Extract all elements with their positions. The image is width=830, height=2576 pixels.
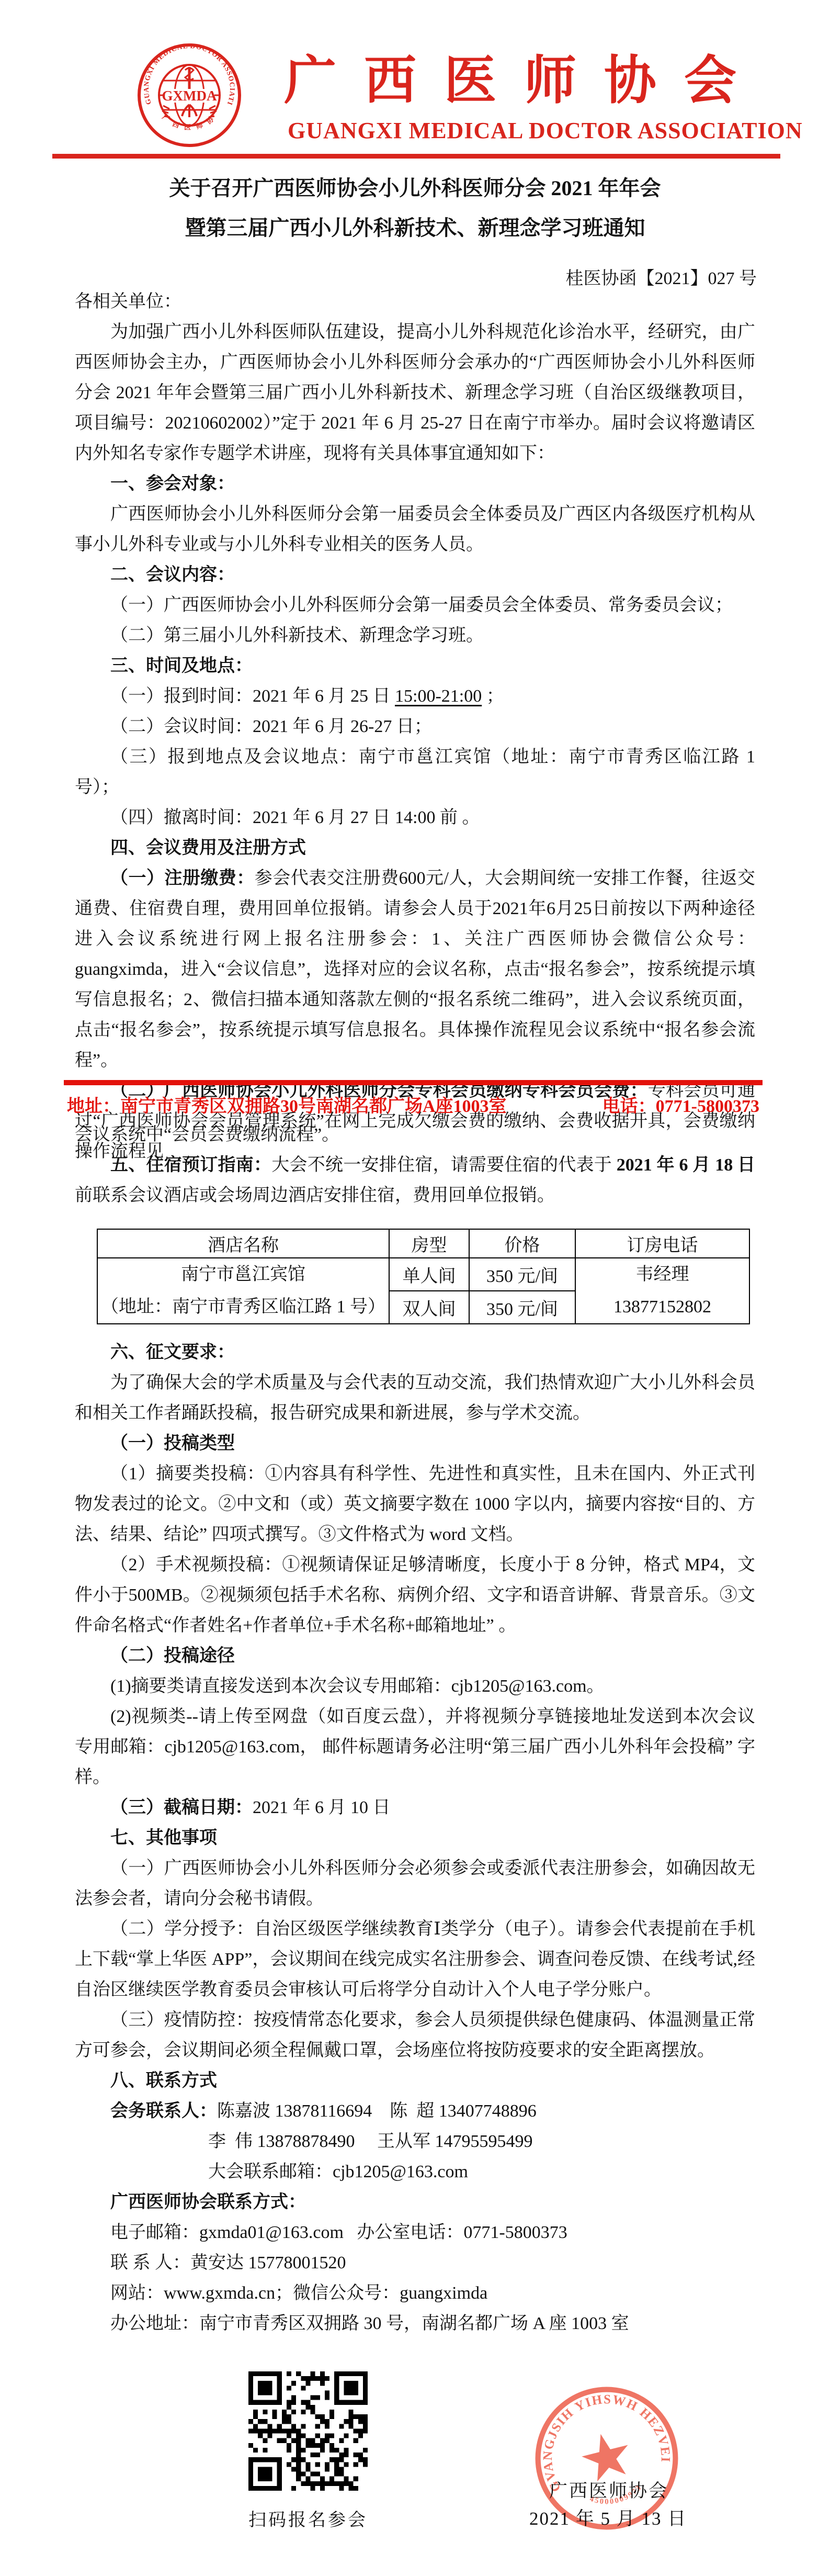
qr-code-svg bbox=[248, 2370, 368, 2492]
lodging-text-tail: 前联系会议酒店或会场周边酒店安排住宿，费用回单位报销。 bbox=[75, 1186, 555, 1205]
abstract-submission-item: （1）摘要类投稿：①内容具有科学性、先进性和真实性，且未在国内、外正式刊物发表过… bbox=[75, 1459, 755, 1550]
submission-channel-heading: （二）投稿途径 bbox=[75, 1641, 755, 1671]
hotel-table: 酒店名称 房型 价格 订房电话 南宁市邕江宾馆 （地址：南宁市青秀区临江路 1 … bbox=[97, 1229, 750, 1324]
section4-item1: （一）注册缴费：参会代表交注册费600元/人，大会期间统一安排工作餐，往返交通费… bbox=[75, 863, 755, 1076]
salutation: 各相关单位： bbox=[75, 287, 755, 317]
price-single: 350 元/间 bbox=[469, 1258, 575, 1291]
deadline-line: （三）截稿日期：2021 年 6 月 10 日 bbox=[75, 1793, 755, 1823]
org-name-chinese: 广西医师协会 bbox=[284, 52, 764, 110]
price-double: 350 元/间 bbox=[469, 1291, 575, 1324]
association-contact-heading: 广西医师协会联系方式： bbox=[75, 2187, 755, 2218]
section3-item4: （四）撤离时间：2021 年 6 月 27 日 14:00 前 。 bbox=[75, 803, 755, 833]
body-segment-3: 六、征文要求： 为了确保大会的学术质量及与会代表的互动交流，我们热情欢迎广大小儿… bbox=[75, 1337, 755, 2339]
section3-heading: 三、时间及地点： bbox=[75, 651, 755, 681]
page-footer-divider bbox=[64, 1080, 763, 1085]
association-website-line: 网站：www.gxmda.cn；微信公众号：guangximda bbox=[75, 2278, 755, 2309]
col-header-hotel-name: 酒店名称 bbox=[97, 1229, 389, 1258]
section2-item2: （二）第三届小儿外科新技术、新理念学习班。 bbox=[75, 621, 755, 651]
qr-caption: 扫码报名参会 bbox=[238, 2505, 378, 2531]
stamp-svg: GVANGJSIH YIHSWH HEZVEI 广西医师协会 450000099… bbox=[530, 2381, 684, 2535]
association-phone: 电话：0771-5800373 bbox=[602, 1092, 759, 1117]
booking-contact-name: 韦经理 bbox=[576, 1258, 749, 1291]
org-name-english: GUANGXI MEDICAL DOCTOR ASSOCIATION bbox=[288, 117, 803, 144]
hotel-name: 南宁市邕江宾馆 bbox=[98, 1258, 389, 1291]
association-logo: GUANGXI MEDICAL DOCTOR ASSOCIATION 广 西 医… bbox=[137, 43, 242, 148]
section3-item1: （一）报到时间：2021 年 6 月 25 日 15:00-21:00 ； bbox=[75, 681, 755, 712]
contact-label: 会务联系人： bbox=[110, 2101, 217, 2121]
body-segment-2: 会议系统中“会员会费缴纳流程”。 五、住宿预订指南：大会不统一安排住宿，请需要住… bbox=[75, 1120, 755, 1211]
logo-acronym: GXMDA bbox=[162, 88, 217, 104]
section4-heading: 四、会议费用及注册方式 bbox=[75, 833, 755, 863]
deadline-label: （三）截稿日期： bbox=[110, 1798, 253, 1817]
video-submission-item: （2）手术视频投稿：①视频请保证足够清晰度，长度小于 8 分钟，格式 MP4，文… bbox=[75, 1550, 755, 1641]
section1-heading: 一、参会对象： bbox=[75, 469, 755, 499]
video-channel-item: (2)视频类--请上传至网盘（如百度云盘），并将视频分享链接地址发送到本次会议专… bbox=[75, 1702, 755, 1793]
section7-item3: （三）疫情防控：按疫情常态化要求，参会人员须提供绿色健康码、体温测量正常方可参会… bbox=[75, 2005, 755, 2066]
lodging-guide-label: 五、住宿预订指南： bbox=[110, 1155, 271, 1175]
section5-paragraph: 五、住宿预订指南：大会不统一安排住宿，请需要住宿的代表于 2021 年 6 月 … bbox=[75, 1150, 755, 1211]
section7-item2: （二）学分授予：自治区级医学继续教育Ⅰ类学分（电子）。请参会代表提前在手机上下载… bbox=[75, 1914, 755, 2005]
section3-item3: （三）报到地点及会议地点：南宁市邕江宾馆（地址：南宁市青秀区临江路 1 号）； bbox=[75, 742, 755, 803]
contact-line-1: 会务联系人：陈嘉波 13878116694 陈 超 13407748896 bbox=[75, 2096, 755, 2127]
checkin-time-text: （一）报到时间：2021 年 6 月 25 日 bbox=[110, 687, 395, 706]
section2-item1: （一）广西医师协会小儿外科医师分会第一届委员会全体委员、常务委员会议； bbox=[75, 590, 755, 621]
section6-heading: 六、征文要求： bbox=[75, 1337, 755, 1368]
header-divider bbox=[52, 154, 780, 159]
deadline-date: 2021 年 6 月 10 日 bbox=[253, 1798, 391, 1817]
member-fee-continuation: 会议系统中“会员会费缴纳流程”。 bbox=[75, 1120, 755, 1150]
association-stamp-icon: GVANGJSIH YIHSWH HEZVEI 广西医师协会 450000099… bbox=[530, 2381, 684, 2535]
registration-qr-code-icon bbox=[248, 2370, 368, 2492]
section7-item1: （一）广西医师协会小儿外科医师分会必须参会或委派代表注册参会，如确因故无法参会者… bbox=[75, 1853, 755, 1914]
association-contact-person-line: 联 系 人：黄安达 15778001520 bbox=[75, 2248, 755, 2278]
hotel-table-header-row: 酒店名称 房型 价格 订房电话 bbox=[97, 1229, 749, 1258]
col-header-booking-phone: 订房电话 bbox=[575, 1229, 749, 1258]
contact-line-2: 李 伟 13878878490 王从军 14795595499 bbox=[75, 2127, 755, 2157]
body-segment-1: 各相关单位： 为加强广西小儿外科医师队伍建设，提高小儿外科规范化诊治水平，经研究… bbox=[75, 287, 755, 1167]
notice-document: { "colors":{"accent_red":"#d9251d","foot… bbox=[0, 0, 830, 2576]
section7-heading: 七、其他事项 bbox=[75, 1823, 755, 1853]
submission-type-heading: （一）投稿类型 bbox=[75, 1428, 755, 1459]
document-title-line1: 关于召开广西医师协会小儿外科医师分会 2021 年年会 bbox=[0, 172, 830, 201]
hotel-name-cell: 南宁市邕江宾馆 （地址：南宁市青秀区临江路 1 号） bbox=[97, 1258, 389, 1324]
section3-item2: （二）会议时间：2021 年 6 月 26-27 日； bbox=[75, 712, 755, 742]
checkin-time-underlined: 15:00-21:00 bbox=[395, 687, 482, 706]
association-logo-icon: GUANGXI MEDICAL DOCTOR ASSOCIATION 广 西 医… bbox=[137, 43, 242, 148]
booking-contact-cell: 韦经理 13877152802 bbox=[575, 1258, 749, 1324]
col-header-room-type: 房型 bbox=[389, 1229, 469, 1258]
intro-paragraph: 为加强广西小儿外科医师队伍建设，提高小儿外科规范化诊治水平，经研究，由广西医师协… bbox=[75, 317, 755, 469]
section1-body: 广西医师协会小儿外科医师分会第一届委员会全体委员及广西区内各级医疗机构从事小儿外… bbox=[75, 499, 755, 560]
lodging-deadline-date: 2021 年 6 月 18 日 bbox=[617, 1155, 755, 1175]
registration-fee-label: （一）注册缴费： bbox=[110, 869, 255, 888]
contact-line-3: 大会联系邮箱：cjb1205@163.com bbox=[75, 2157, 755, 2187]
abstract-channel-item: (1)摘要类请直接发送到本次会议专用邮箱：cjb1205@163.com。 bbox=[75, 1671, 755, 1702]
booking-contact-phone: 13877152802 bbox=[576, 1291, 749, 1323]
section2-heading: 二、会议内容： bbox=[75, 560, 755, 590]
hotel-address: （地址：南宁市青秀区临江路 1 号） bbox=[98, 1291, 389, 1323]
hotel-table-row-single: 南宁市邕江宾馆 （地址：南宁市青秀区临江路 1 号） 单人间 350 元/间 韦… bbox=[97, 1258, 749, 1291]
association-office-address-line: 办公地址：南宁市青秀区双拥路 30 号，南湖名都广场 A 座 1003 室 bbox=[75, 2309, 755, 2339]
reference-number: 桂医协函【2021】027 号 bbox=[566, 264, 757, 289]
document-title-line2: 暨第三届广西小儿外科新技术、新理念学习班通知 bbox=[0, 211, 830, 241]
association-address: 地址：南宁市青秀区双拥路30号南湖名都广场A座1003室 bbox=[67, 1092, 507, 1117]
association-email-line: 电子邮箱：gxmda01@163.com 办公室电话：0771-5800373 bbox=[75, 2218, 755, 2248]
room-type-single: 单人间 bbox=[389, 1258, 469, 1291]
col-header-price: 价格 bbox=[469, 1229, 575, 1258]
lodging-text: 大会不统一安排住宿，请需要住宿的代表于 bbox=[271, 1155, 617, 1175]
page-footer-address-line: 地址：南宁市青秀区双拥路30号南湖名都广场A座1003室 电话：0771-580… bbox=[67, 1092, 759, 1117]
section6-intro: 为了确保大会的学术质量及与会代表的互动交流，我们热情欢迎广大小儿外科会员和相关工… bbox=[75, 1368, 755, 1428]
contact-names-1: 陈嘉波 13878116694 陈 超 13407748896 bbox=[217, 2101, 537, 2121]
section8-heading: 八、联系方式 bbox=[75, 2066, 755, 2096]
room-type-double: 双人间 bbox=[389, 1291, 469, 1324]
checkin-time-tail: ； bbox=[482, 687, 504, 706]
registration-fee-text: 参会代表交注册费600元/人，大会期间统一安排工作餐，往返交通费、住宿费自理，费… bbox=[75, 869, 755, 1070]
